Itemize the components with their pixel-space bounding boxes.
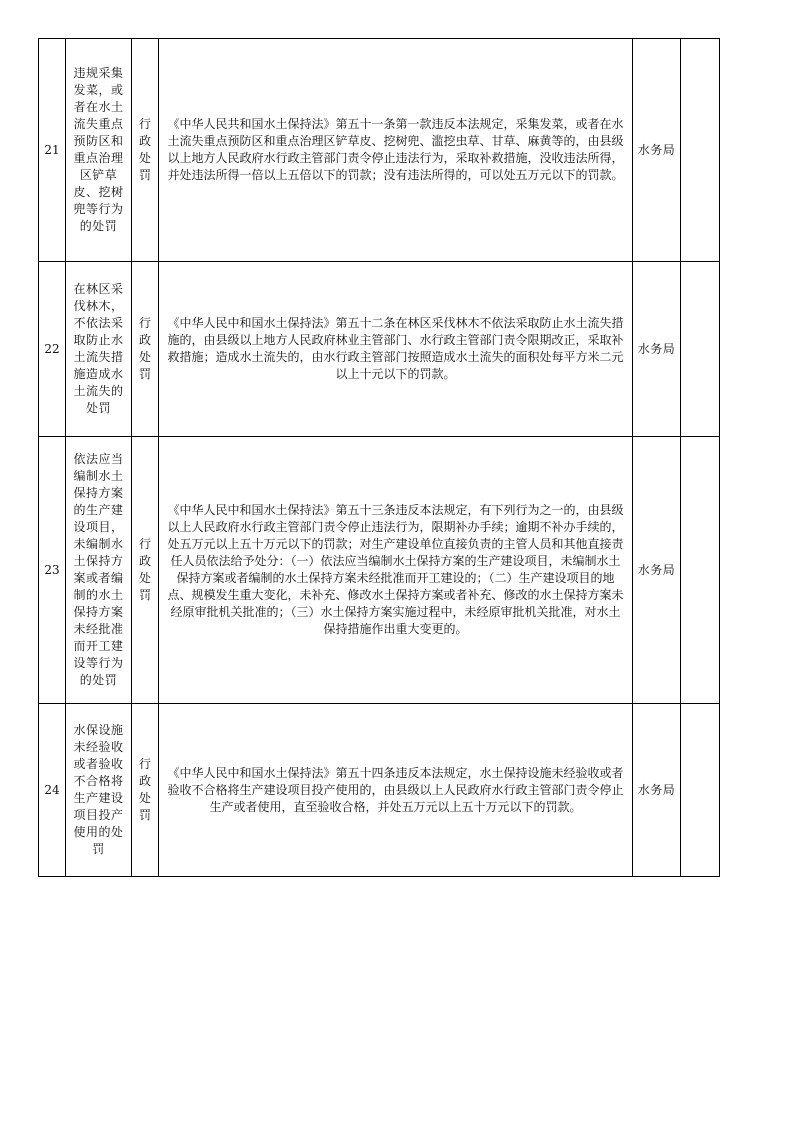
legal-basis: 《中华人民共和国水土保持法》第五十一条第一款违反本法规定，采集发菜，或者在水土流…	[159, 39, 633, 262]
legal-basis: 《中华人民中和国水土保持法》第五十三条违反本法规定，有下列行为之一的，由县级以上…	[159, 437, 633, 704]
item-type-text: 行政处罚	[139, 116, 152, 184]
item-type-text: 行政处罚	[139, 536, 152, 604]
responsible-department: 水务局	[633, 437, 681, 704]
responsible-department: 水务局	[633, 704, 681, 877]
penalty-items-table: 21 违规采集发菜，或者在水土流失重点预防区和重点治理区铲草皮、挖树兜等行为的处…	[38, 38, 720, 877]
item-number: 24	[39, 704, 66, 877]
table-row: 21 违规采集发菜，或者在水土流失重点预防区和重点治理区铲草皮、挖树兜等行为的处…	[39, 39, 720, 262]
item-name: 违规采集发菜，或者在水土流失重点预防区和重点治理区铲草皮、挖树兜等行为的处罚	[66, 39, 132, 262]
note-cell	[681, 262, 720, 437]
note-cell	[681, 437, 720, 704]
note-cell	[681, 704, 720, 877]
legal-basis: 《中华人民中和国水土保持法》第五十二条在林区采伐林木不依法采取防止水土流失措施的…	[159, 262, 633, 437]
responsible-department: 水务局	[633, 39, 681, 262]
item-name: 依法应当编制水土保持方案的生产建设项目，未编制水土保持方案或者编制的水土保持方案…	[66, 437, 132, 704]
table-row: 23 依法应当编制水土保持方案的生产建设项目，未编制水土保持方案或者编制的水土保…	[39, 437, 720, 704]
responsible-department: 水务局	[633, 262, 681, 437]
item-type: 行政处罚	[132, 437, 159, 704]
item-type-text: 行政处罚	[139, 756, 152, 824]
item-name: 水保设施未经验收或者验收不合格将生产建设项目投产使用的处罚	[66, 704, 132, 877]
table-row: 24 水保设施未经验收或者验收不合格将生产建设项目投产使用的处罚 行政处罚 《中…	[39, 704, 720, 877]
item-number: 23	[39, 437, 66, 704]
item-type: 行政处罚	[132, 39, 159, 262]
legal-basis: 《中华人民中和国水土保持法》第五十四条违反本法规定，水土保持设施未经验收或者验收…	[159, 704, 633, 877]
item-name: 在林区采伐林木，不依法采取防止水土流失措施造成水土流失的处罚	[66, 262, 132, 437]
item-number: 21	[39, 39, 66, 262]
table-row: 22 在林区采伐林木，不依法采取防止水土流失措施造成水土流失的处罚 行政处罚 《…	[39, 262, 720, 437]
note-cell	[681, 39, 720, 262]
item-type: 行政处罚	[132, 704, 159, 877]
item-type-text: 行政处罚	[139, 315, 152, 383]
item-number: 22	[39, 262, 66, 437]
item-type: 行政处罚	[132, 262, 159, 437]
